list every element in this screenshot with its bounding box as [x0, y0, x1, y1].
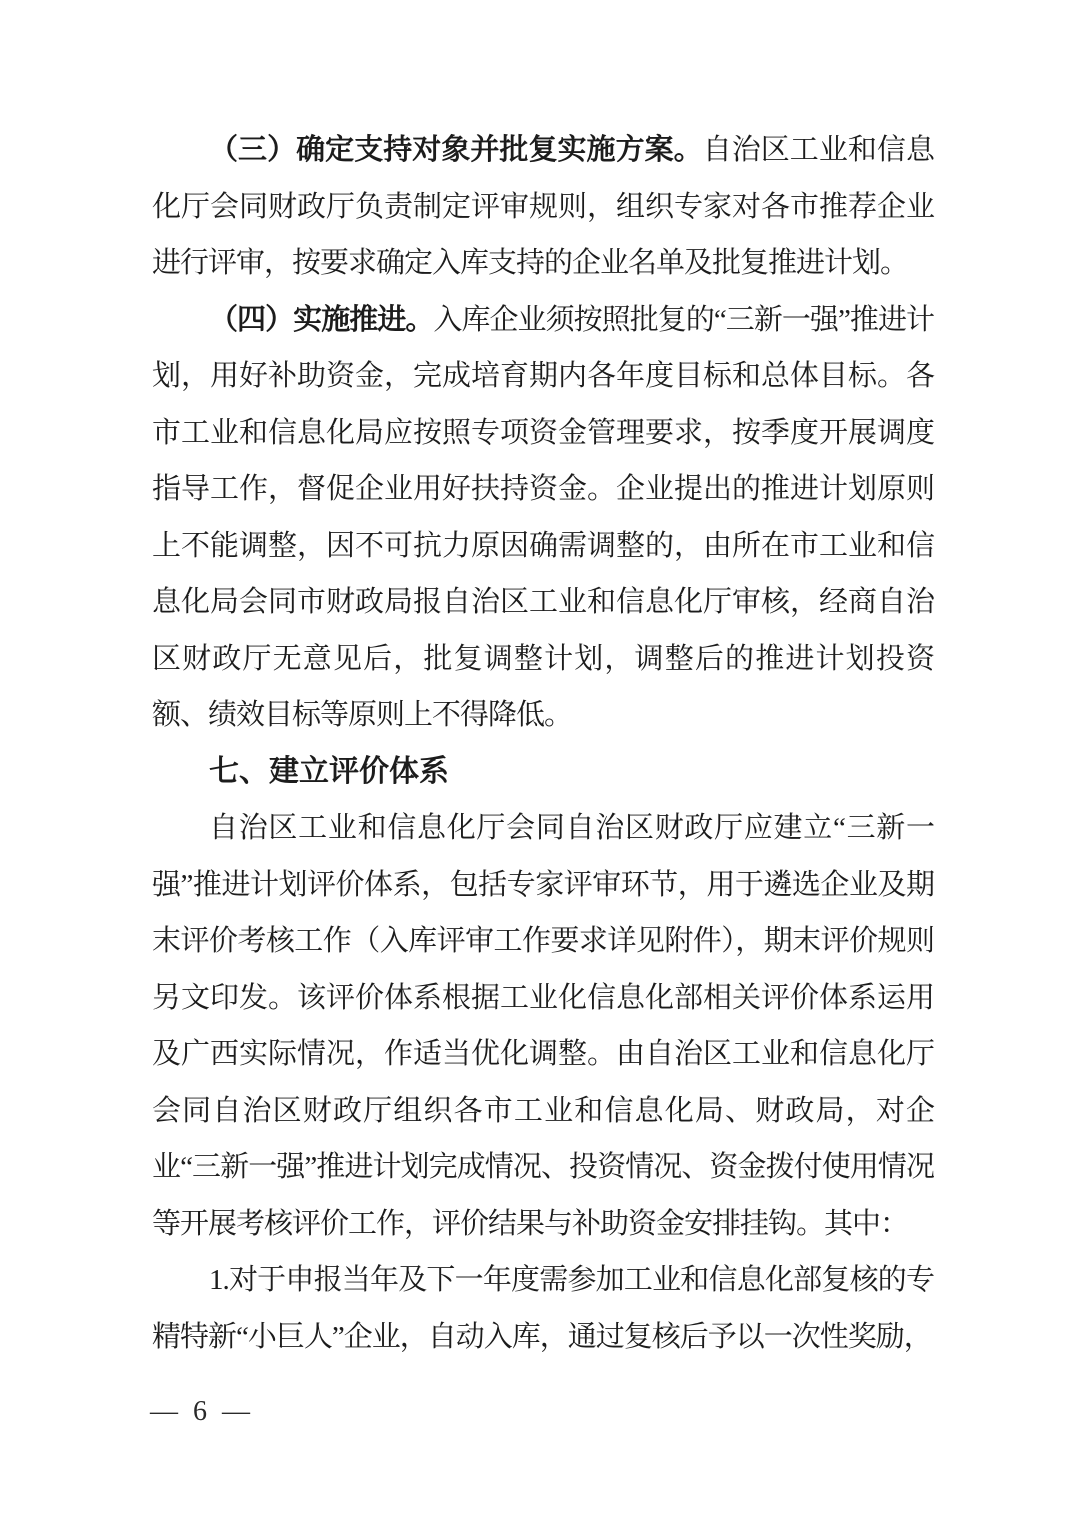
paragraph-item-four: （四）实施推进。入库企业须按照批复的“三新一强”推进计划，用好补助资金，完成培育… [152, 292, 934, 744]
document-content: （三）确定支持对象并批复实施方案。自治区工业和信息化厅会同财政厅负责制定评审规则… [152, 122, 934, 1365]
paragraph-item-three: （三）确定支持对象并批复实施方案。自治区工业和信息化厅会同财政厅负责制定评审规则… [152, 122, 934, 292]
page-number: — 6 — [150, 1396, 254, 1428]
paragraph-evaluation-system: 自治区工业和信息化厅会同自治区财政厅应建立“三新一强”推进计划评价体系，包括专家… [152, 800, 934, 1252]
paragraph-little-giant-award-text: 1.对于申报当年及下一年度需参加工业和信息化部复核的专精特新“小巨人”企业，自动… [152, 1264, 934, 1353]
document-page: （三）确定支持对象并批复实施方案。自治区工业和信息化厅会同财政厅负责制定评审规则… [0, 0, 1074, 1520]
paragraph-little-giant-award: 1.对于申报当年及下一年度需参加工业和信息化部复核的专精特新“小巨人”企业，自动… [152, 1252, 934, 1365]
paragraph-four-lead: （四）实施推进。 [209, 304, 433, 336]
section-heading-seven: 七、建立评价体系 [152, 744, 934, 801]
paragraph-four-text: 入库企业须按照批复的“三新一强”推进计划，用好补助资金，完成培育期内各年度目标和… [152, 304, 934, 732]
paragraph-evaluation-system-text: 自治区工业和信息化厅会同自治区财政厅应建立“三新一强”推进计划评价体系，包括专家… [152, 812, 934, 1240]
paragraph-three-lead: （三）确定支持对象并批复实施方案。 [209, 134, 703, 166]
